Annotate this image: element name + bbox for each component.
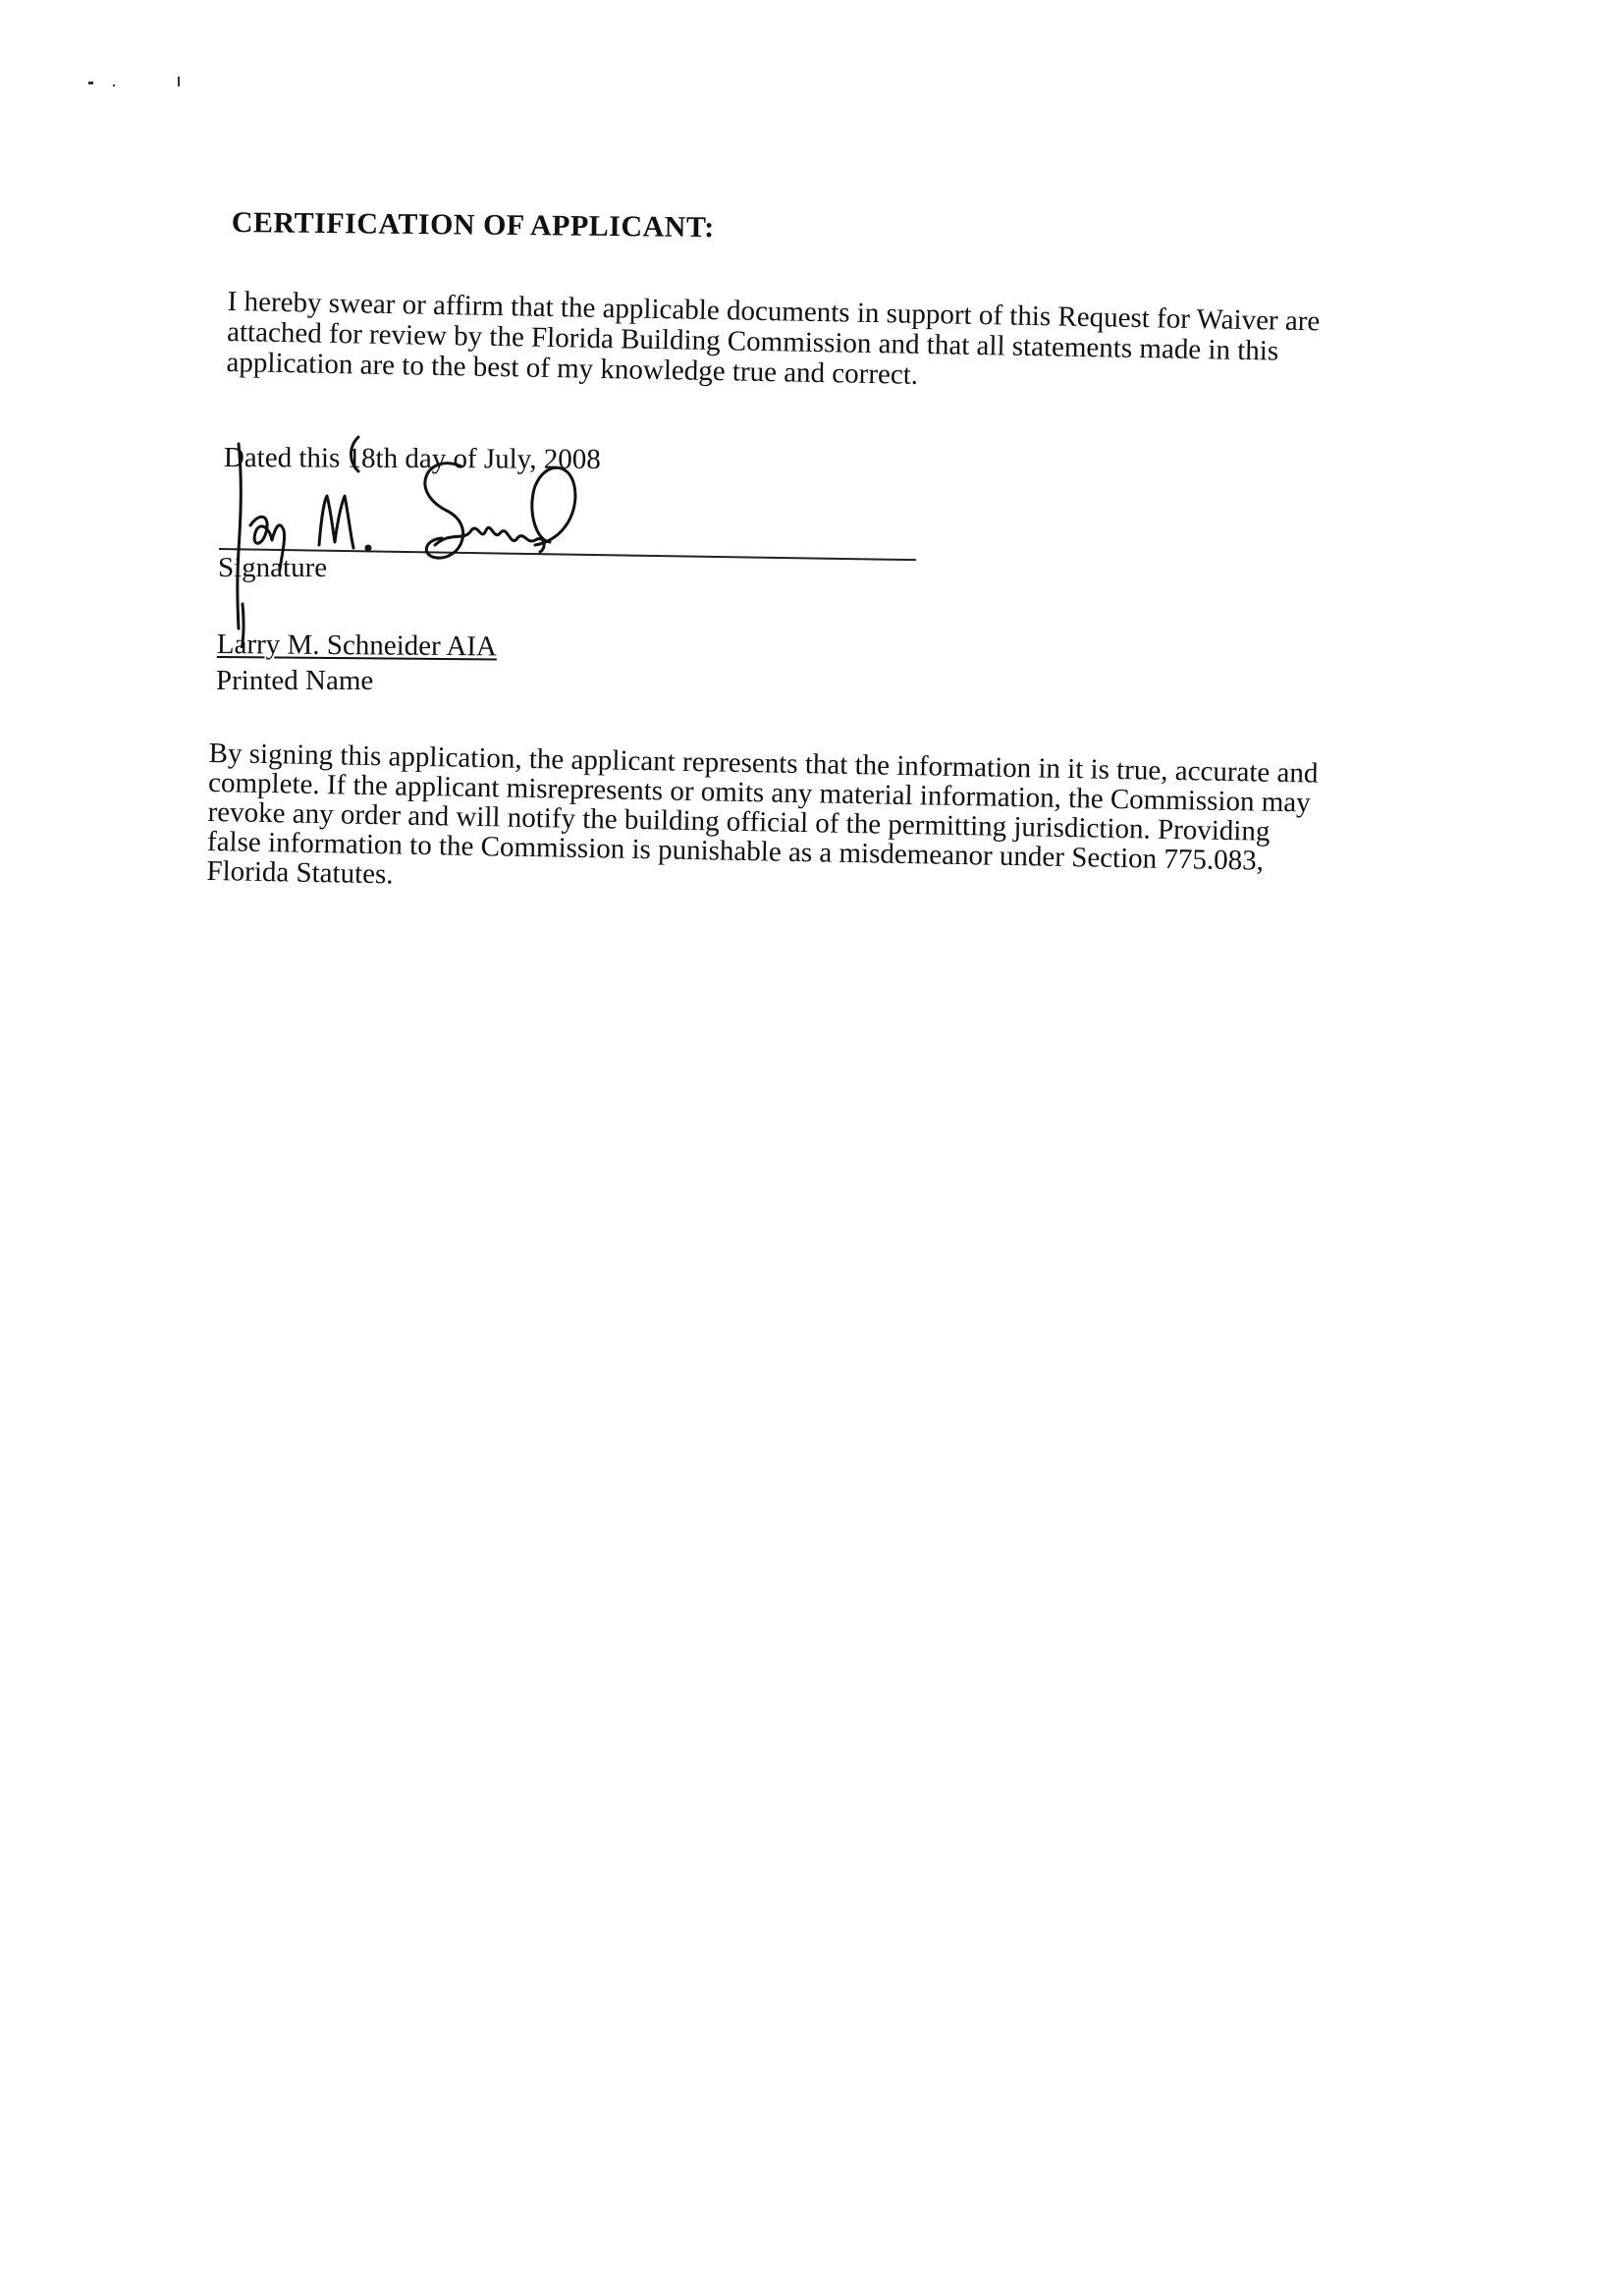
- disclaimer-paragraph: By signing this application, the applica…: [206, 738, 1318, 906]
- certification-paragraph: I hereby swear or affirm that the applic…: [226, 287, 1320, 398]
- handwritten-signature: [211, 432, 682, 648]
- scan-artifact: [178, 77, 180, 86]
- printed-name-value: Larry M. Schneider AIA: [217, 629, 497, 663]
- scan-artifact: [88, 82, 93, 84]
- section-heading: CERTIFICATION OF APPLICANT:: [232, 206, 715, 245]
- scan-artifact: [113, 84, 115, 86]
- document-page: CERTIFICATION OF APPLICANT: I hereby swe…: [0, 0, 1623, 2296]
- printed-name-label: Printed Name: [216, 665, 373, 697]
